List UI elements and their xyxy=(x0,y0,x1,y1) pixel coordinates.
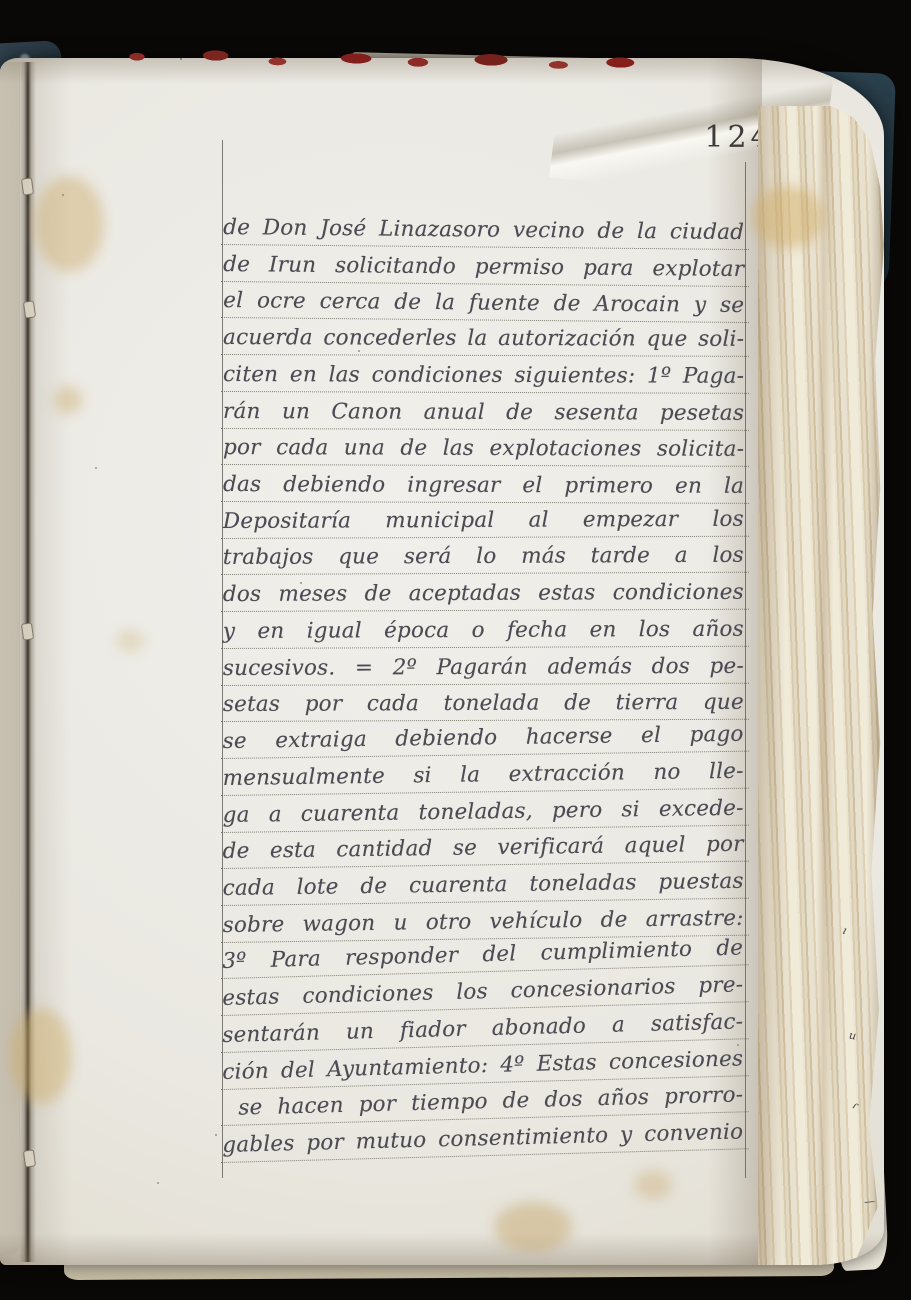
manuscript-line-12: y en igual época o fecha en los años xyxy=(223,617,744,656)
page-edge-stack xyxy=(758,106,884,1265)
paper-stain xyxy=(34,176,104,272)
manuscript-line-9: Depositaría municipal al empezar los xyxy=(223,506,744,545)
manuscript-line-8: das debiendo ingresar el primero en la xyxy=(223,472,744,511)
manuscript-line-2: de Irun solicitando permiso para explota… xyxy=(223,252,744,294)
manuscript-line-4: acuerda concederles la autorización que … xyxy=(223,325,744,364)
manuscript-line-11: dos meses de aceptadas estas condiciones xyxy=(223,580,744,619)
manuscript-line-5: citen en las condiciones siguientes: 1º … xyxy=(223,362,744,401)
paper-stain xyxy=(10,1008,72,1104)
manuscript-line-10: trabajos que será lo más tarde a los xyxy=(223,543,744,582)
edge-ink-mark: — xyxy=(863,1195,875,1207)
paper-stain xyxy=(634,1170,672,1200)
manuscript-text-block: de Don José Linazasoro vecino de la ciud… xyxy=(223,215,744,1170)
margin-rule-right xyxy=(745,162,746,1178)
paper-stain xyxy=(54,386,82,414)
manuscript-line-13: sucesivos. = 2º Pagarán además dos pe- xyxy=(223,653,744,692)
paper-stain xyxy=(752,186,824,248)
manuscript-line-6: rán un Canon anual de sesenta pesetas xyxy=(223,399,744,438)
paper-stain xyxy=(494,1202,572,1252)
book-photograph: 124 de Don José Linazasoro vecino de la … xyxy=(0,0,911,1300)
paper-stain xyxy=(116,630,144,652)
manuscript-line-1: de Don José Linazasoro vecino de la ciud… xyxy=(223,215,744,257)
manuscript-line-3: el ocre cerca de la fuente de Arocain y … xyxy=(223,288,744,330)
manuscript-page: 124 de Don José Linazasoro vecino de la … xyxy=(0,58,884,1265)
manuscript-line-7: por cada una de las explotaciones solici… xyxy=(223,435,744,474)
